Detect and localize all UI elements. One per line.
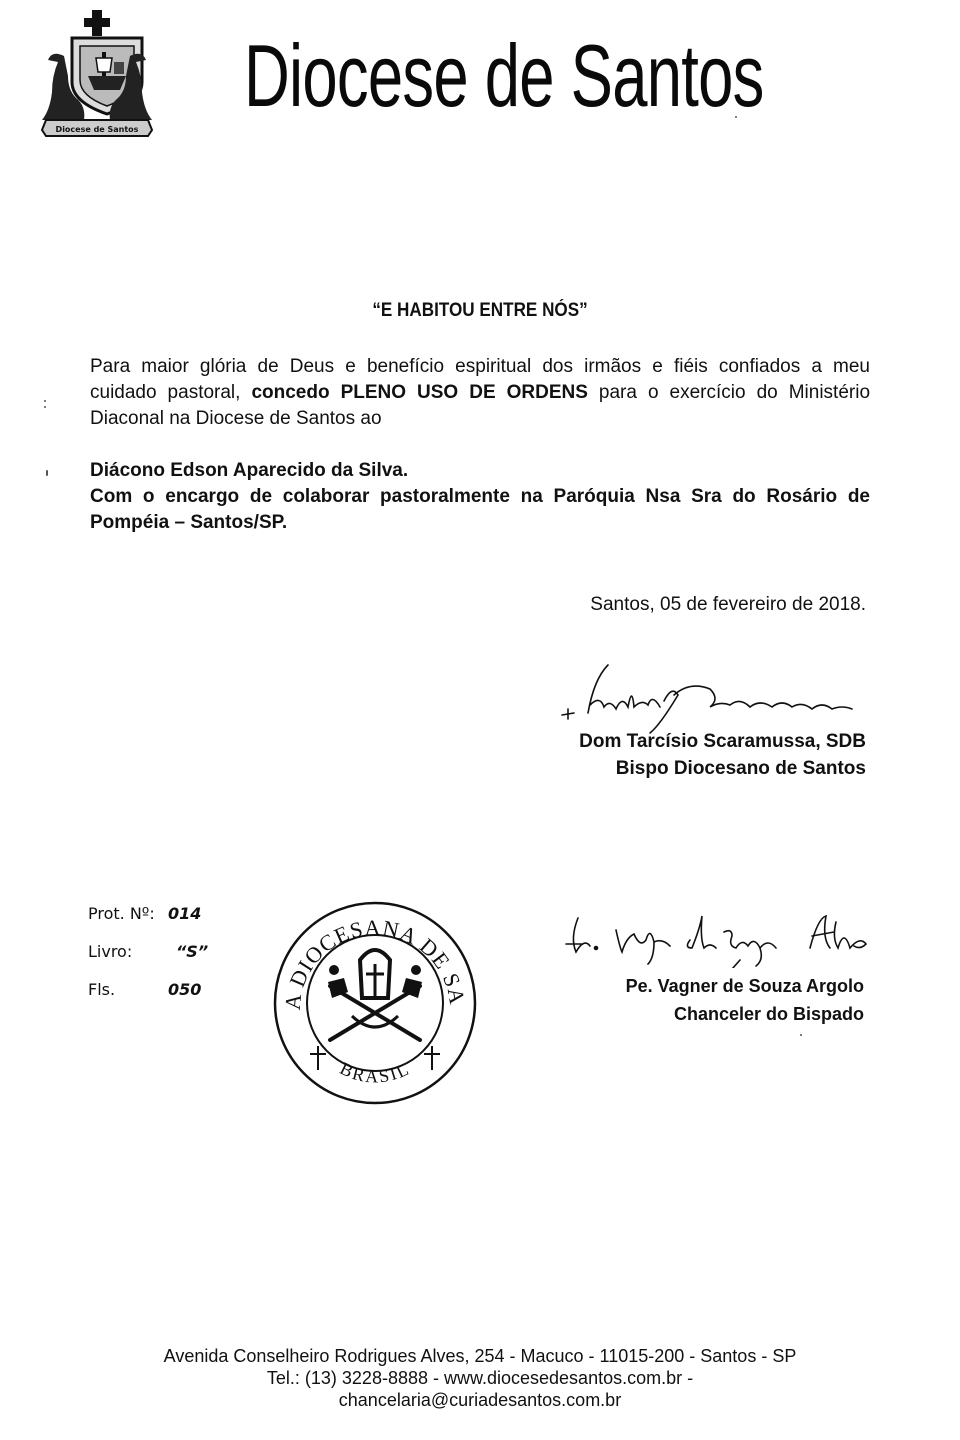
protocol-block: Prot. Nº: 014 Livro: “S” Fls. 050 (88, 894, 208, 1008)
protocol-page-value: 050 (168, 980, 201, 999)
bishop-block: Dom Tarcísio Scaramussa, SDB Bispo Dioce… (579, 728, 866, 782)
letterhead-footer: Avenida Conselheiro Rodrigues Alves, 254… (0, 1345, 960, 1411)
scan-speck (735, 116, 737, 118)
footer-contact: Tel.: (13) 3228-8888 - www.diocesedesant… (0, 1367, 960, 1389)
seal-bottom-text: BRASIL (337, 1058, 413, 1086)
grant-emphasis: concedo PLENO USO DE ORDENS (251, 382, 587, 403)
footer-email: chancelaria@curiadesantos.com.br (0, 1389, 960, 1411)
protocol-book-value: “S” (168, 942, 208, 961)
grant-line-3: Diaconal na Diocese de Santos ao (90, 406, 870, 432)
scan-speck (44, 406, 46, 408)
letterhead-title: Diocese de Santos (244, 26, 764, 126)
diocese-coat-of-arms-icon: Diocese de Santos (22, 6, 172, 138)
chancellor-name: Pe. Vagner de Souza Argolo (626, 972, 864, 1000)
footer-address: Avenida Conselheiro Rodrigues Alves, 254… (0, 1345, 960, 1367)
scan-speck (44, 400, 46, 402)
assignment-line-1: Com o encargo de colaborar pastoralmente… (90, 484, 870, 510)
protocol-number-value: 014 (168, 904, 201, 923)
chancellor-title: Chanceler do Bispado (626, 1000, 864, 1028)
recipient-name: Diácono Edson Aparecido da Silva. (90, 458, 870, 484)
scan-speck (46, 470, 48, 476)
protocol-book-row: Livro: “S” (88, 932, 208, 970)
protocol-book-label: Livro: (88, 942, 168, 961)
chancellor-block: Pe. Vagner de Souza Argolo Chanceler do … (626, 972, 864, 1028)
document-heading: “E HABITOU ENTRE NÓS” (48, 300, 912, 322)
protocol-page-row: Fls. 050 (88, 970, 208, 1008)
bishop-title: Bispo Diocesano de Santos (579, 755, 866, 782)
bishop-signature-icon (560, 655, 860, 735)
curia-seal-icon: CURIA DIOCESANA DE SANTOS BRASIL (270, 898, 480, 1108)
grant-line-2: cuidado pastoral, concedo PLENO USO DE O… (90, 380, 870, 406)
protocol-number-label: Prot. Nº: (88, 904, 168, 923)
svg-text:Diocese de Santos: Diocese de Santos (56, 125, 139, 134)
grant-paragraph: Para maior glória de Deus e benefício es… (90, 354, 870, 432)
assignment-line-2: Pompéia – Santos/SP. (90, 510, 870, 536)
grant-line-1: Para maior glória de Deus e benefício es… (90, 354, 870, 380)
protocol-number-row: Prot. Nº: 014 (88, 894, 208, 932)
grant-line-2-end: para o exercício do Ministério (588, 382, 870, 403)
chancellor-signature-icon (560, 908, 880, 968)
scan-speck (800, 1034, 802, 1036)
bishop-name: Dom Tarcísio Scaramussa, SDB (579, 728, 866, 755)
protocol-page-label: Fls. (88, 980, 168, 999)
svg-text:BRASIL: BRASIL (337, 1058, 413, 1086)
recipient-paragraph: Diácono Edson Aparecido da Silva. Com o … (90, 458, 870, 536)
grant-line-2-start: cuidado pastoral, (90, 382, 251, 403)
document-date: Santos, 05 de fevereiro de 2018. (590, 594, 866, 616)
